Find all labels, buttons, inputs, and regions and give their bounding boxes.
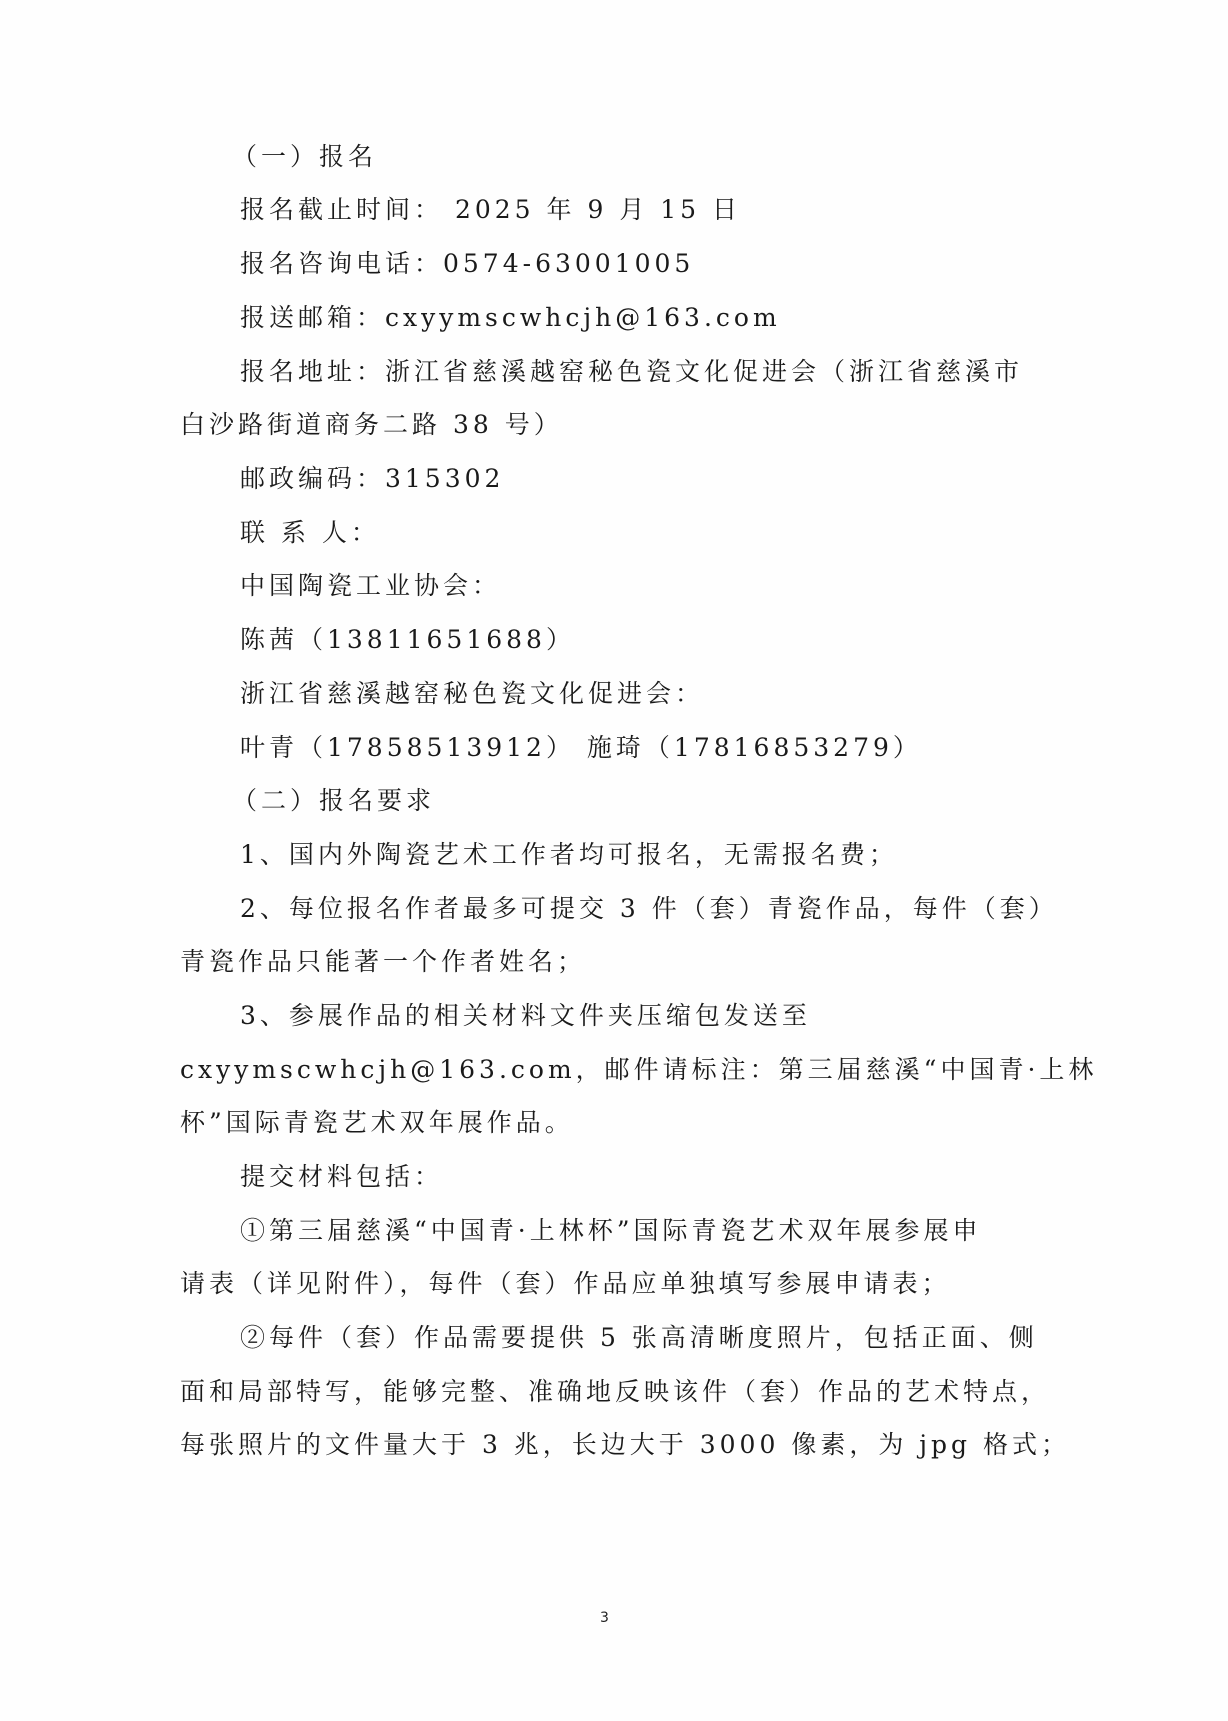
org1-contact: 陈茜（13811651688） [240, 623, 575, 657]
org1-name: 中国陶瓷工业协会： [240, 569, 501, 603]
registration-address-line2: 白沙路街道商务二路 38 号） [180, 408, 563, 442]
registration-address-line1: 报名地址：浙江省慈溪越窑秘色瓷文化促进会（浙江省慈溪市 [240, 355, 1023, 389]
requirement-item-2-line2: 青瓷作品只能著一个作者姓名； [180, 945, 586, 979]
material-2-line3: 每张照片的文件量大于 3 兆，长边大于 3000 像素，为 jpg 格式； [180, 1428, 1070, 1462]
material-2-line1: ②每件（套）作品需要提供 5 张高清晰度照片，包括正面、侧 [240, 1321, 1038, 1355]
materials-label: 提交材料包括： [240, 1160, 443, 1194]
section-heading-registration: （一）报名 [232, 140, 377, 174]
requirement-item-3-line3: 杯”国际青瓷艺术双年展作品。 [180, 1106, 574, 1140]
page-number: 3 [600, 1610, 609, 1626]
section-heading-requirements: （二）报名要求 [232, 784, 435, 818]
registration-email: 报送邮箱：cxyymscwhcjh@163.com [240, 301, 781, 335]
requirement-item-1: 1、国内外陶瓷艺术工作者均可报名，无需报名费； [240, 838, 898, 872]
material-2-line2: 面和局部特写，能够完整、准确地反映该件（套）作品的艺术特点， [180, 1375, 1050, 1409]
org2-contacts: 叶青（17858513912） 施琦（17816853279） [240, 731, 922, 765]
requirement-item-3-line1: 3、参展作品的相关材料文件夹压缩包发送至 [240, 999, 811, 1033]
contacts-label: 联 系 人： [240, 516, 380, 550]
registration-phone: 报名咨询电话：0574-63001005 [240, 247, 694, 281]
org2-name: 浙江省慈溪越窑秘色瓷文化促进会： [240, 677, 704, 711]
document-page: （一）报名 报名截止时间： 2025 年 9 月 15 日 报名咨询电话：057… [0, 0, 1228, 1721]
material-1-line1: ①第三届慈溪“中国青·上林杯”国际青瓷艺术双年展参展申 [240, 1214, 982, 1248]
postcode: 邮政编码：315302 [240, 462, 504, 496]
registration-deadline: 报名截止时间： 2025 年 9 月 15 日 [240, 193, 741, 227]
requirement-item-2-line1: 2、每位报名作者最多可提交 3 件（套）青瓷作品，每件（套） [240, 892, 1058, 926]
requirement-item-3-line2: cxyymscwhcjh@163.com，邮件请标注：第三届慈溪“中国青·上林 [180, 1053, 1097, 1087]
material-1-line2: 请表（详见附件），每件（套）作品应单独填写参展申请表； [180, 1267, 951, 1301]
